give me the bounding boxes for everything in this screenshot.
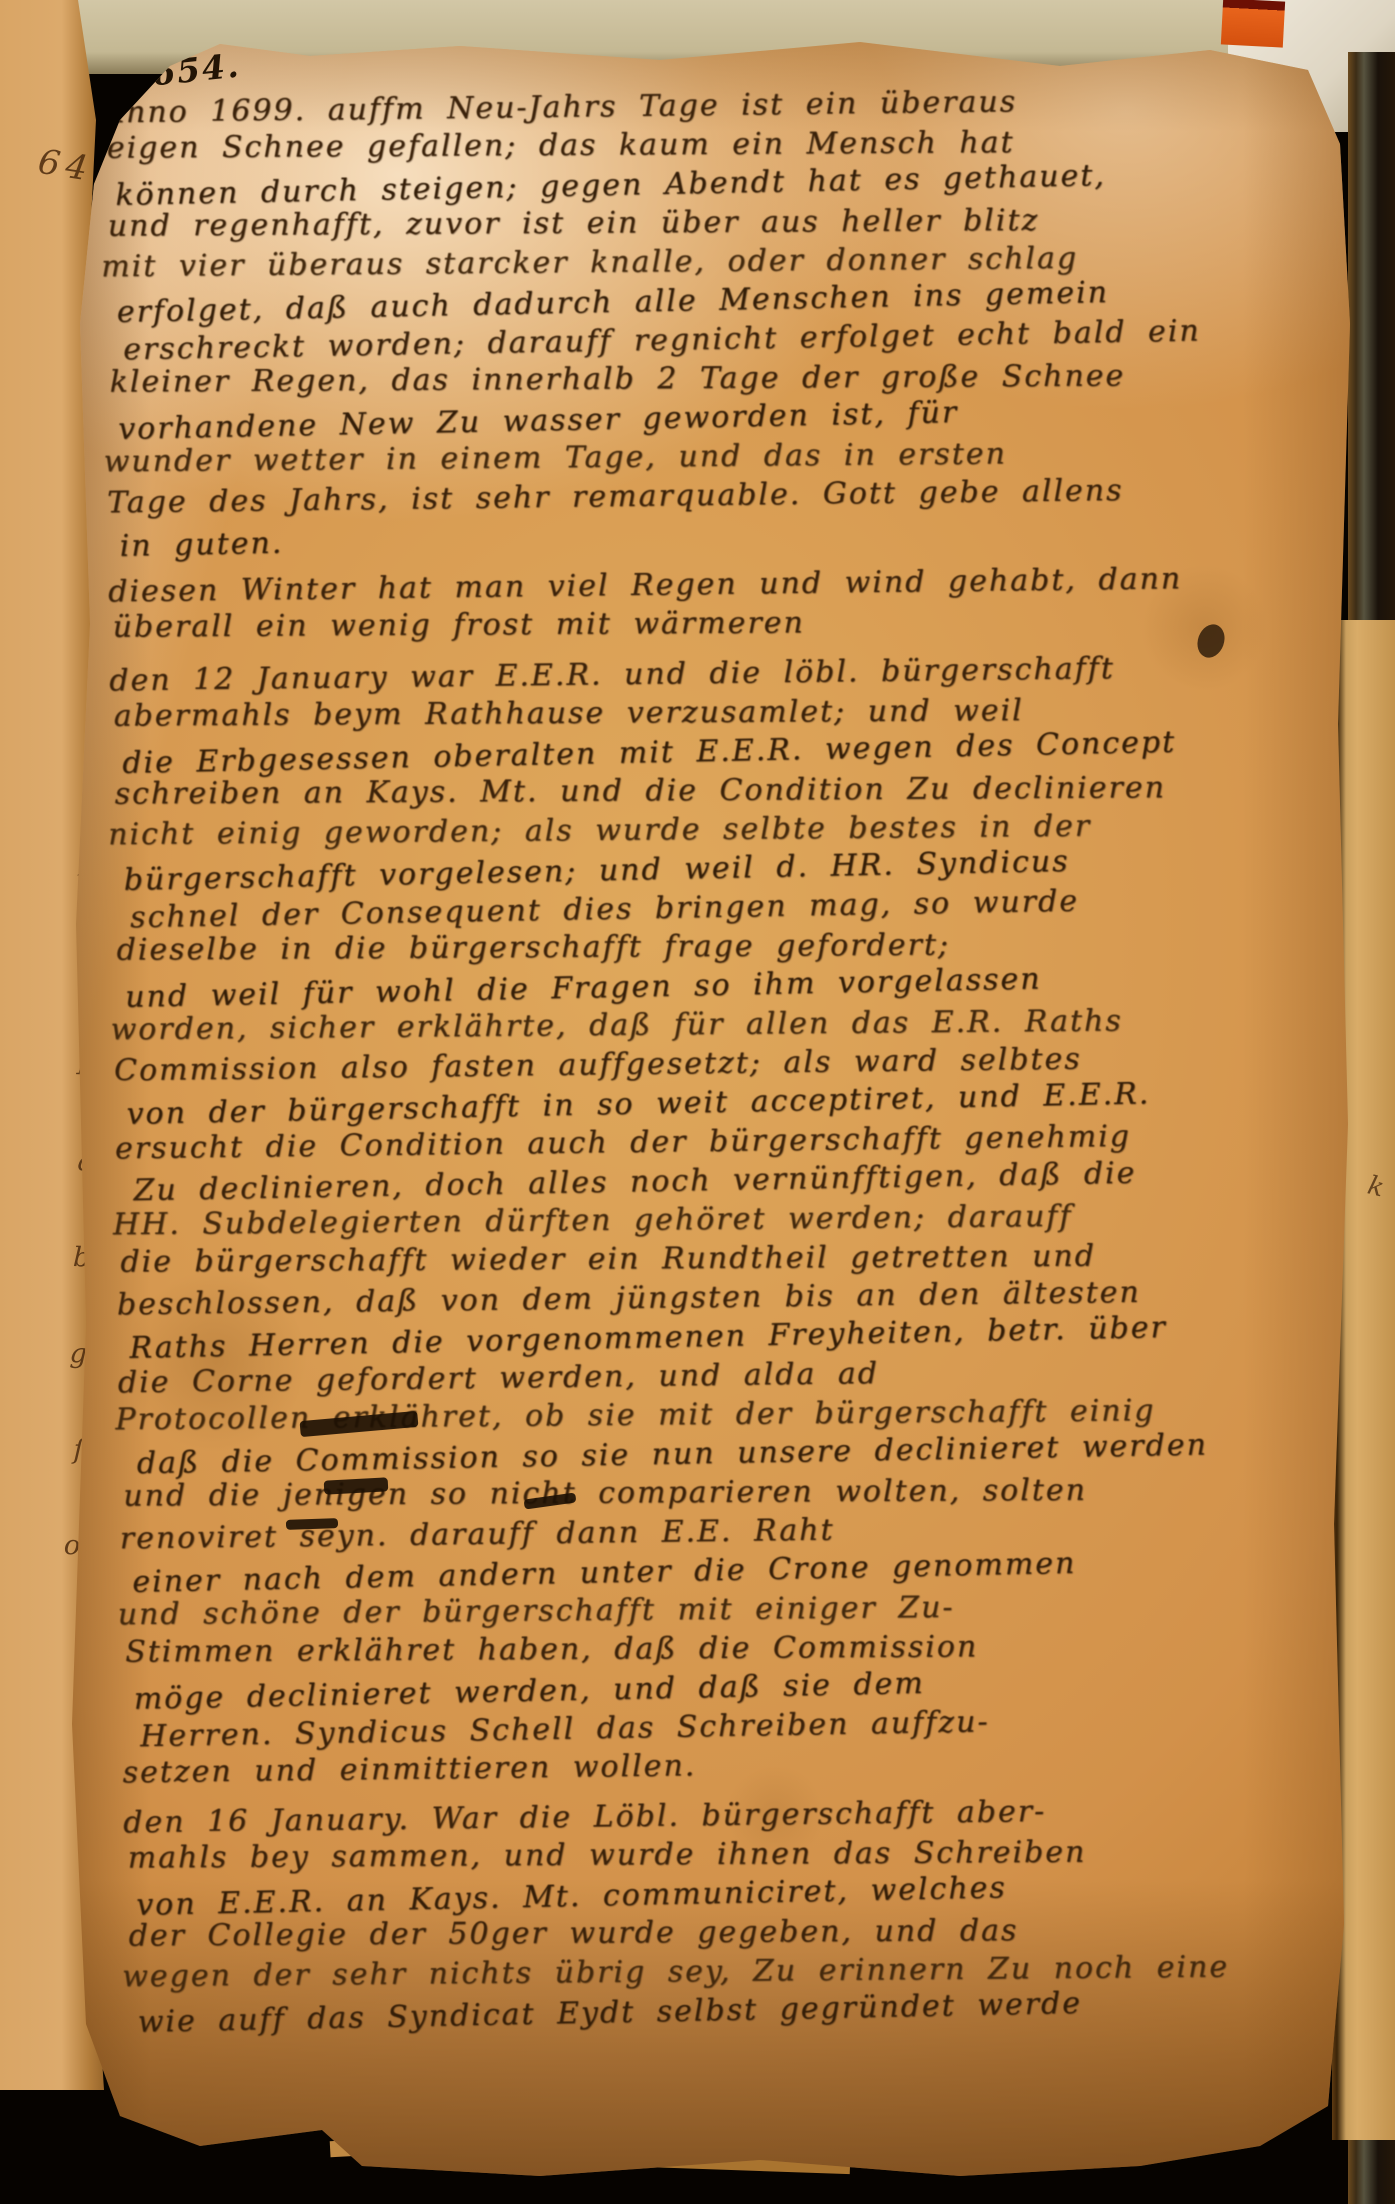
fragment-glyph: g xyxy=(35,1305,88,1403)
manuscript-text: Anno 1699. auffm Neu-Jahrs Tage ist ein … xyxy=(102,79,1336,2049)
manuscript-paragraph: den 12 January war E.E.R. und die löbl. … xyxy=(109,647,1333,1793)
ink-strikethrough xyxy=(286,1518,338,1530)
fragment-glyph: ſ xyxy=(32,1401,85,1499)
manuscript-page: 654. Anno 1699. auffm Neu-Jahrs Tage ist… xyxy=(60,24,1360,2180)
manuscript-line: überall ein wenig frost mit wärmeren xyxy=(113,600,1323,646)
manuscript-line: und die jenigen so nicht comparieren wol… xyxy=(123,1469,1333,1515)
manuscript-paragraph: diesen Winter hat man viel Regen und win… xyxy=(108,558,1319,651)
pen-mark: k xyxy=(1365,1171,1388,1204)
fragment-glyph: o xyxy=(29,1497,82,1595)
bookmark-ribbon xyxy=(1221,0,1285,48)
manuscript-photograph: k 646 ſeniuzJ—rRabgſo 654. Anno 1699. au… xyxy=(0,0,1395,2204)
manuscript-paragraph: den 16 January. War die Löbl. bürgerscha… xyxy=(123,1789,1336,2038)
manuscript-paragraph: Anno 1699. auffm Neu-Jahrs Tage ist ein … xyxy=(102,79,1318,562)
manuscript-line: die bürgerschafft wieder ein Rundtheil g… xyxy=(120,1235,1330,1281)
